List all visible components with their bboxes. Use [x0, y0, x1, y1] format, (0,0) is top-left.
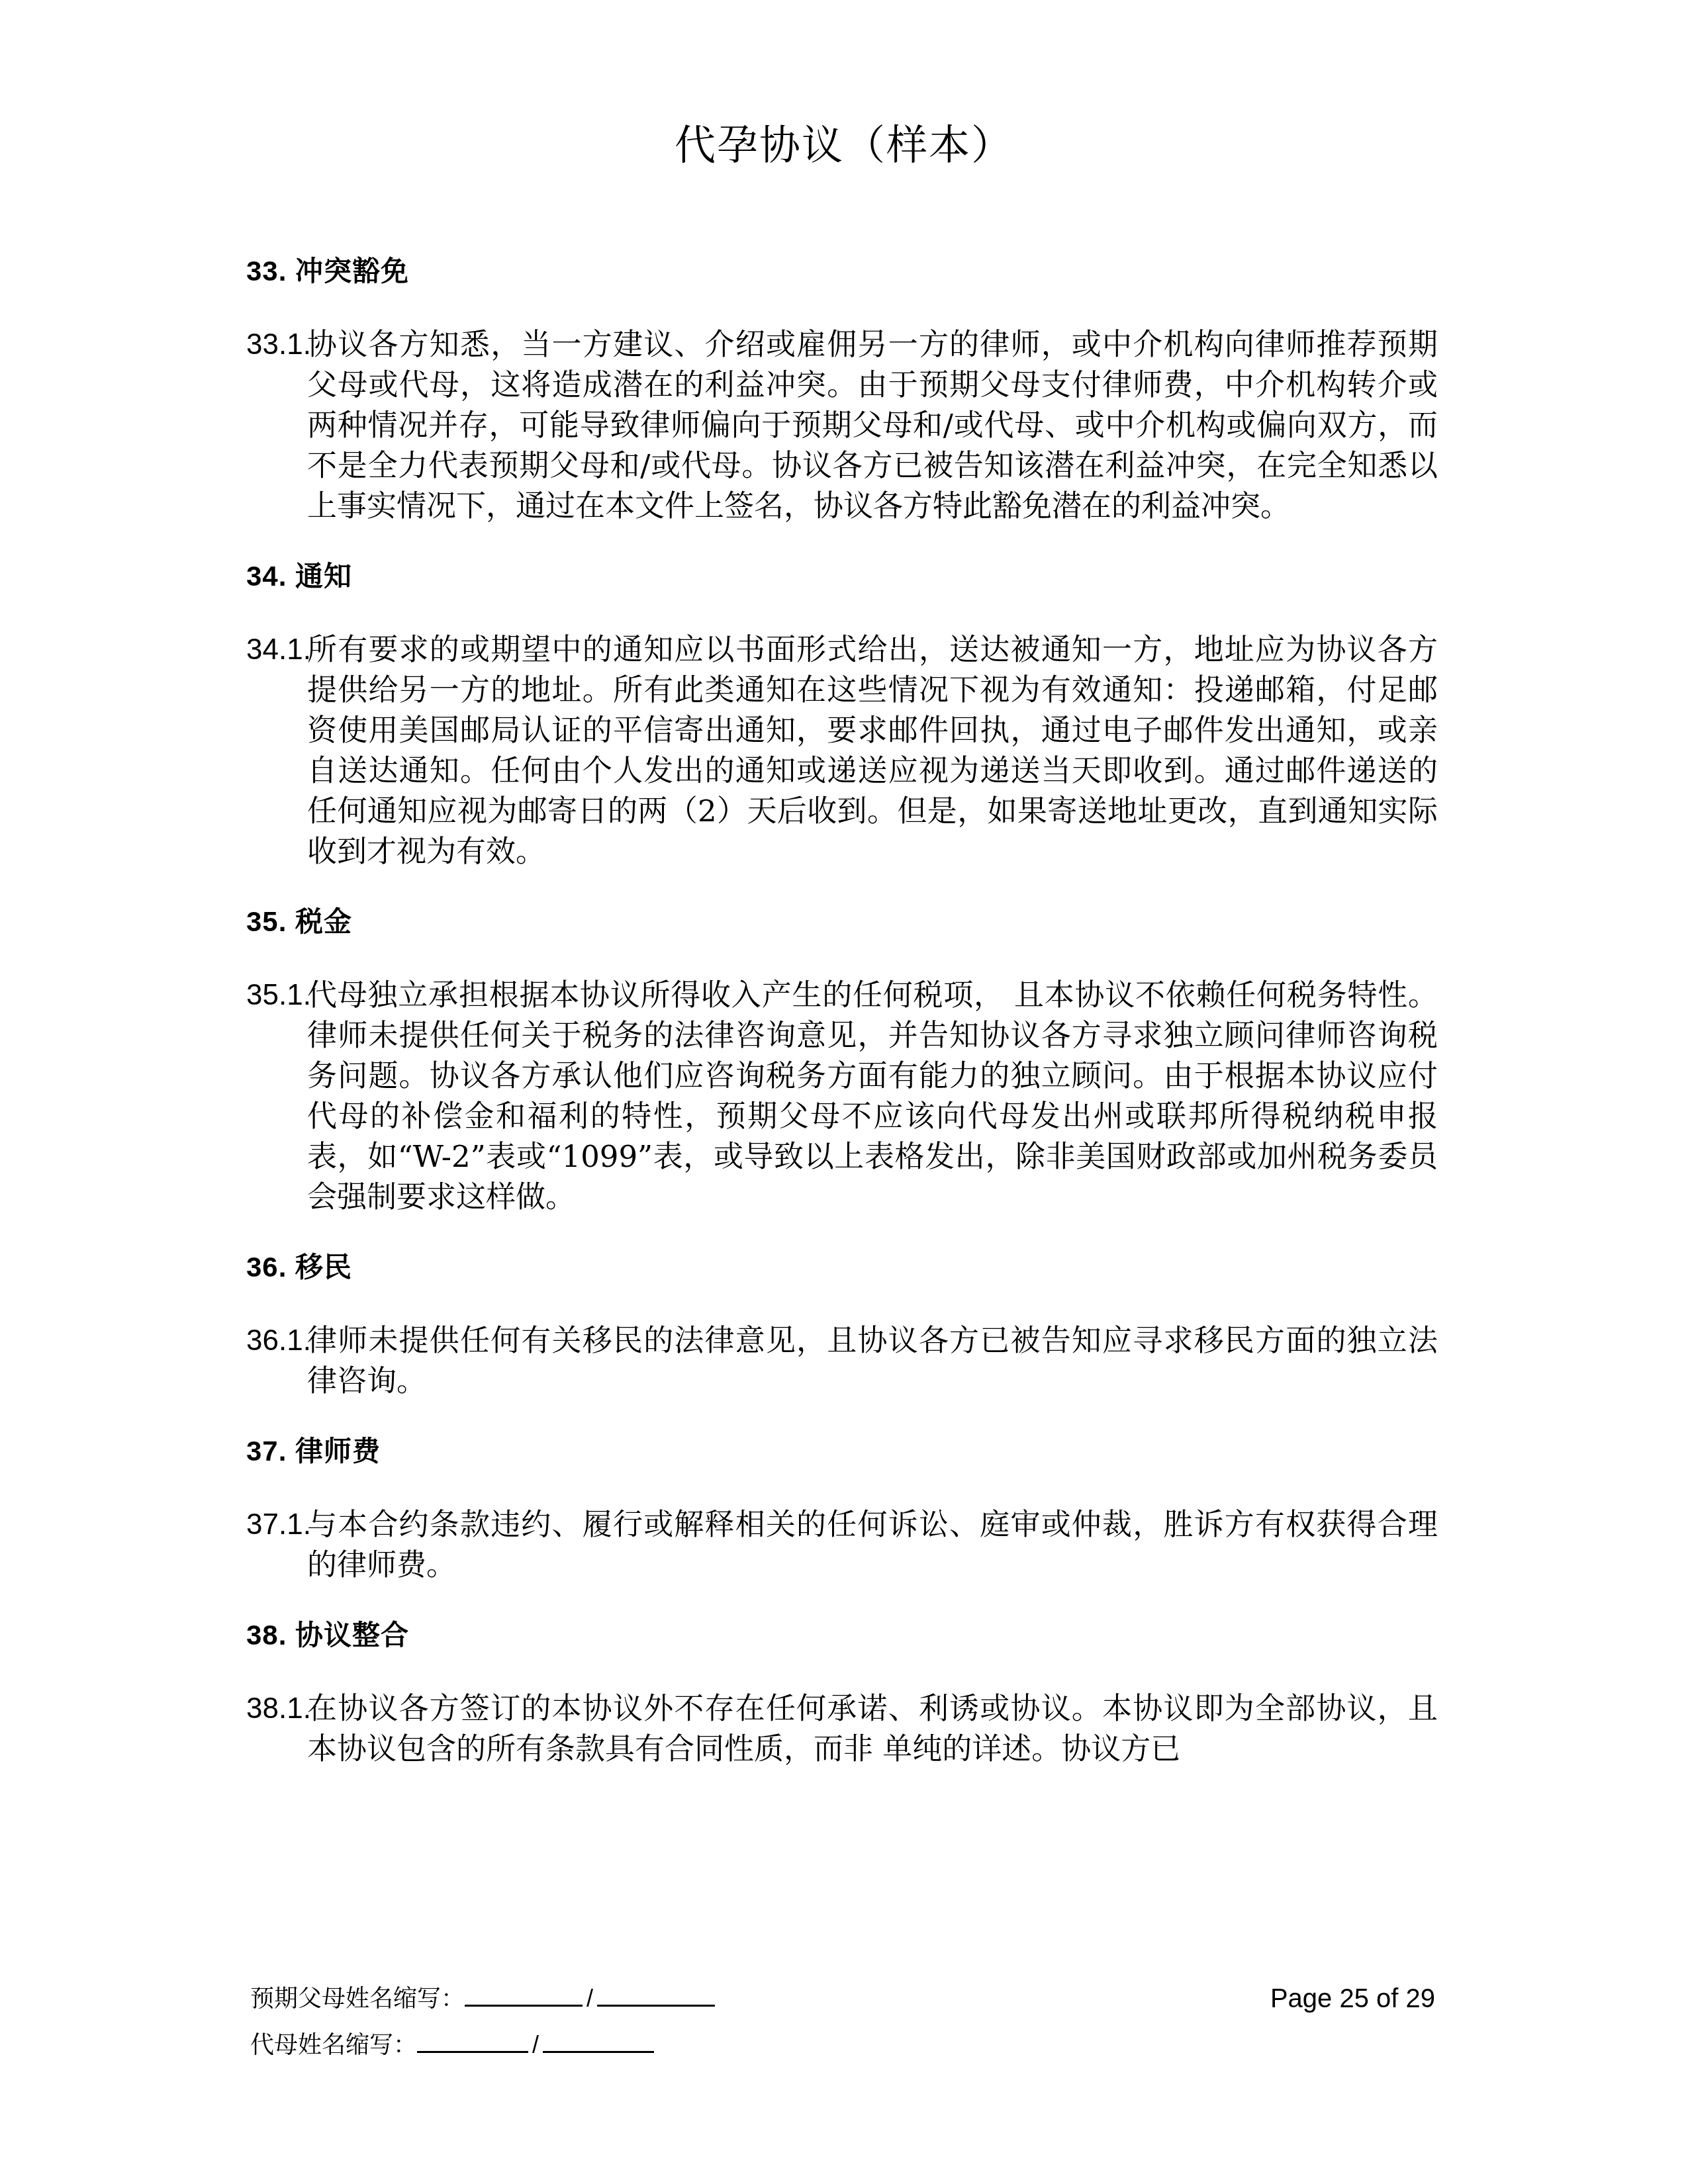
clause-35-1: 35.1. 代母独立承担根据本协议所得收入产生的任何税项， 且本协议不依赖任何税…	[246, 975, 1438, 1217]
clause-text: 所有要求的或期望中的通知应以书面形式给出，送达被通知一方，地址应为协议各方提供给…	[307, 632, 1438, 869]
clause-number: 36.1.	[246, 1320, 311, 1361]
section-heading: 33. 冲突豁免	[246, 251, 1438, 291]
clause-number: 37.1.	[246, 1504, 311, 1545]
clause-text: 与本合约条款违约、履行或解释相关的任何诉讼、庭审或仲裁，胜诉方有权获得合理的律师…	[307, 1507, 1438, 1582]
document-body: 33. 冲突豁免 33.1. 协议各方知悉，当一方建议、介绍或雇佣另一方的律师，…	[246, 251, 1438, 1799]
clause-38-1: 38.1. 在协议各方签订的本协议外不存在任何承诺、利诱或协议。本协议即为全部协…	[246, 1688, 1438, 1769]
clause-37-1: 37.1. 与本合约条款违约、履行或解释相关的任何诉讼、庭审或仲裁，胜诉方有权获…	[246, 1504, 1438, 1585]
clause-34-1: 34.1. 所有要求的或期望中的通知应以书面形式给出，送达被通知一方，地址应为协…	[246, 629, 1438, 872]
intended-parents-initials-label: 预期父母姓名缩写：	[250, 1976, 465, 2023]
page-number: Page 25 of 29	[1270, 1976, 1435, 2022]
clause-33-1: 33.1. 协议各方知悉，当一方建议、介绍或雇佣另一方的律师，或中介机构向律师推…	[246, 324, 1438, 526]
clause-text: 协议各方知悉，当一方建议、介绍或雇佣另一方的律师，或中介机构向律师推荐预期父母或…	[307, 327, 1438, 523]
surrogate-initials-label: 代母姓名缩写：	[250, 2023, 417, 2069]
section-33-conflict-waiver: 33. 冲突豁免 33.1. 协议各方知悉，当一方建议、介绍或雇佣另一方的律师，…	[246, 251, 1438, 526]
initials-separator: /	[532, 2022, 539, 2068]
section-heading: 36. 移民	[246, 1248, 1438, 1287]
section-38-integration: 38. 协议整合 38.1. 在协议各方签订的本协议外不存在任何承诺、利诱或协议…	[246, 1615, 1438, 1769]
section-heading: 38. 协议整合	[246, 1615, 1438, 1655]
surrogate-spouse-initials-field[interactable]	[543, 2025, 654, 2053]
page-footer: 预期父母姓名缩写： / Page 25 of 29 代母姓名缩写： /	[250, 1976, 1435, 2068]
clause-text: 在协议各方签订的本协议外不存在任何承诺、利诱或协议。本协议即为全部协议，且本协议…	[307, 1691, 1438, 1766]
surrogate-initials-row: 代母姓名缩写： /	[250, 2022, 1435, 2068]
clause-number: 34.1.	[246, 629, 311, 670]
section-35-taxes: 35. 税金 35.1. 代母独立承担根据本协议所得收入产生的任何税项， 且本协…	[246, 902, 1438, 1217]
intended-parent-2-initials-field[interactable]	[597, 1978, 715, 2007]
surrogate-initials-field[interactable]	[417, 2025, 528, 2053]
clause-number: 33.1.	[246, 324, 311, 365]
clause-36-1: 36.1. 律师未提供任何有关移民的法律意见，且协议各方已被告知应寻求移民方面的…	[246, 1320, 1438, 1401]
clause-number: 35.1.	[246, 975, 311, 1015]
document-page: 代孕协议（样本） 33. 冲突豁免 33.1. 协议各方知悉，当一方建议、介绍或…	[0, 0, 1688, 2184]
clause-text: 律师未提供任何有关移民的法律意见，且协议各方已被告知应寻求移民方面的独立法律咨询…	[307, 1323, 1438, 1398]
document-title: 代孕协议（样本）	[0, 119, 1688, 172]
section-heading: 34. 通知	[246, 557, 1438, 596]
intended-parents-initials-row: 预期父母姓名缩写： / Page 25 of 29	[250, 1976, 1435, 2022]
initials-separator: /	[586, 1976, 593, 2022]
section-heading: 37. 律师费	[246, 1432, 1438, 1471]
section-37-attorney-fees: 37. 律师费 37.1. 与本合约条款违约、履行或解释相关的任何诉讼、庭审或仲…	[246, 1432, 1438, 1585]
clause-text: 代母独立承担根据本协议所得收入产生的任何税项， 且本协议不依赖任何税务特性。律师…	[307, 978, 1438, 1214]
intended-parent-1-initials-field[interactable]	[465, 1978, 583, 2007]
section-heading: 35. 税金	[246, 902, 1438, 942]
clause-number: 38.1.	[246, 1688, 311, 1729]
section-36-immigration: 36. 移民 36.1. 律师未提供任何有关移民的法律意见，且协议各方已被告知应…	[246, 1248, 1438, 1401]
section-34-notices: 34. 通知 34.1. 所有要求的或期望中的通知应以书面形式给出，送达被通知一…	[246, 557, 1438, 872]
